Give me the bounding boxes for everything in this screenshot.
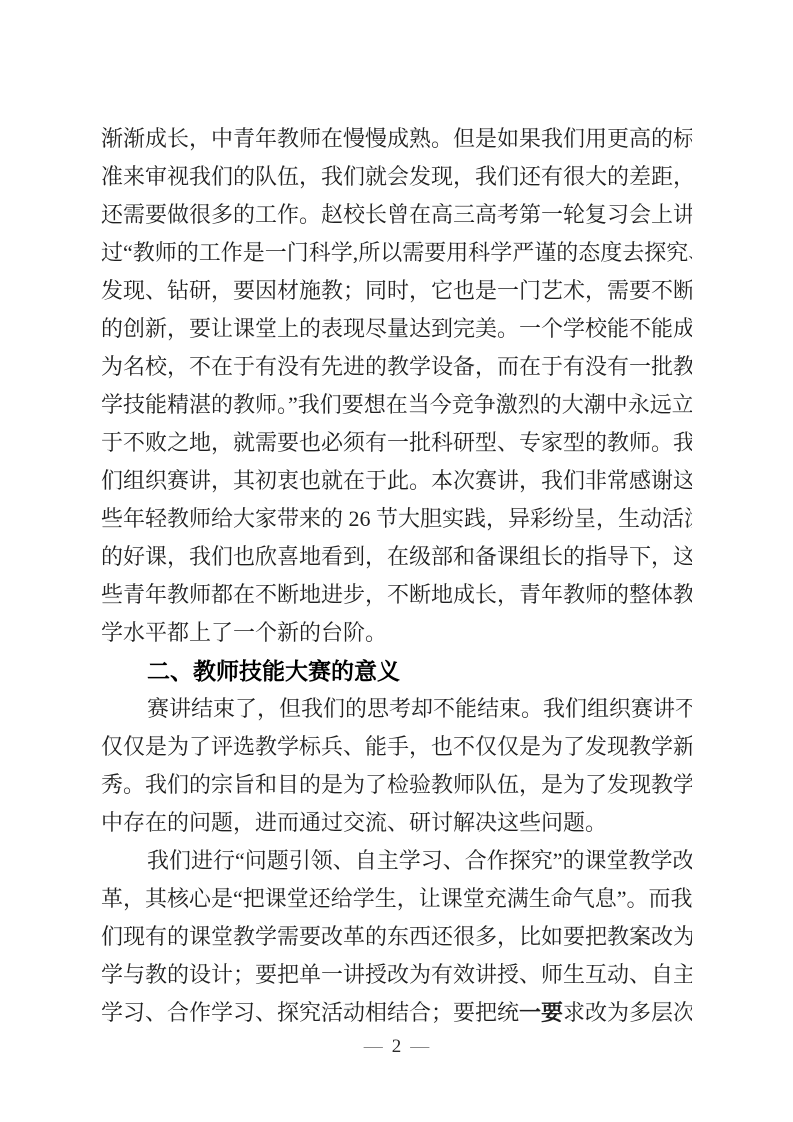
paragraph-2: 赛讲结束了，但我们的思考却不能结束。我们组织赛讲不 仅仅是为了评选教学标兵、能手… bbox=[101, 690, 692, 842]
body-line-with-emphasis: 学习、合作学习、探究活动相结合；要把统一要求改为多层次 bbox=[101, 994, 692, 1032]
section-heading-2: 二、教师技能大赛的意义 bbox=[101, 652, 692, 690]
body-line: 秀。我们的宗旨和目的是为了检验教师队伍，是为了发现教学 bbox=[101, 766, 692, 804]
body-line: 的好课，我们也欣喜地看到，在级部和备课组长的指导下，这 bbox=[101, 538, 692, 576]
body-line: 些青年教师都在不断地进步，不断地成长，青年教师的整体教 bbox=[101, 576, 692, 614]
body-line: 于不败之地，就需要也必须有一批科研型、专家型的教师。我 bbox=[101, 424, 692, 462]
document-page: 渐渐成长，中青年教师在慢慢成熟。但是如果我们用更高的标 准来审视我们的队伍，我们… bbox=[0, 0, 793, 1122]
body-line: 发现、钻研，要因材施教；同时，它也是一门艺术，需要不断 bbox=[101, 272, 692, 310]
page-number: 2 bbox=[392, 1036, 402, 1057]
body-line: 革，其核心是“把课堂还给学生，让课堂充满生命气息”。而我 bbox=[101, 880, 692, 918]
body-line: 赛讲结束了，但我们的思考却不能结束。我们组织赛讲不 bbox=[101, 690, 692, 728]
body-line: 的创新，要让课堂上的表现尽量达到完美。一个学校能不能成 bbox=[101, 310, 692, 348]
body-line: 们组织赛讲，其初衷也就在于此。本次赛讲，我们非常感谢这 bbox=[101, 462, 692, 500]
paragraph-3: 我们进行“问题引领、自主学习、合作探究”的课堂教学改 革，其核心是“把课堂还给学… bbox=[101, 842, 692, 1032]
body-line: 们现有的课堂教学需要改革的东西还很多，比如要把教案改为 bbox=[101, 918, 692, 956]
body-line: 学技能精湛的教师。”我们要想在当今竞争激烈的大潮中永远立 bbox=[101, 386, 692, 424]
line-segment: 求改为多层次 bbox=[563, 1000, 692, 1025]
footer-right-dash: — bbox=[410, 1036, 429, 1057]
body-line: 过“教师的工作是一门科学,所以需要用科学严谨的态度去探究、 bbox=[101, 234, 692, 272]
body-line: 还需要做很多的工作。赵校长曾在高三高考第一轮复习会上讲 bbox=[101, 196, 692, 234]
text-block: 渐渐成长，中青年教师在慢慢成熟。但是如果我们用更高的标 准来审视我们的队伍，我们… bbox=[101, 120, 692, 1032]
emphasized-segment: 一要 bbox=[519, 1000, 563, 1025]
body-line: 为名校，不在于有没有先进的教学设备，而在于有没有一批教 bbox=[101, 348, 692, 386]
body-line: 渐渐成长，中青年教师在慢慢成熟。但是如果我们用更高的标 bbox=[101, 120, 692, 158]
paragraph-1: 渐渐成长，中青年教师在慢慢成熟。但是如果我们用更高的标 准来审视我们的队伍，我们… bbox=[101, 120, 692, 652]
body-line: 学水平都上了一个新的台阶。 bbox=[101, 614, 692, 652]
body-line: 学与教的设计；要把单一讲授改为有效讲授、师生互动、自主 bbox=[101, 956, 692, 994]
body-line: 我们进行“问题引领、自主学习、合作探究”的课堂教学改 bbox=[101, 842, 692, 880]
body-line: 些年轻教师给大家带来的 26 节大胆实践，异彩纷呈，生动活泼 bbox=[101, 500, 692, 538]
body-line: 中存在的问题，进而通过交流、研讨解决这些问题。 bbox=[101, 804, 692, 842]
body-line: 仅仅是为了评选教学标兵、能手，也不仅仅是为了发现教学新 bbox=[101, 728, 692, 766]
page-footer: —2— bbox=[0, 1032, 793, 1062]
line-segment: 学习、合作学习、探究活动相结合；要把统 bbox=[101, 1000, 519, 1025]
footer-left-dash: — bbox=[364, 1036, 383, 1057]
body-line: 准来审视我们的队伍，我们就会发现，我们还有很大的差距， bbox=[101, 158, 692, 196]
